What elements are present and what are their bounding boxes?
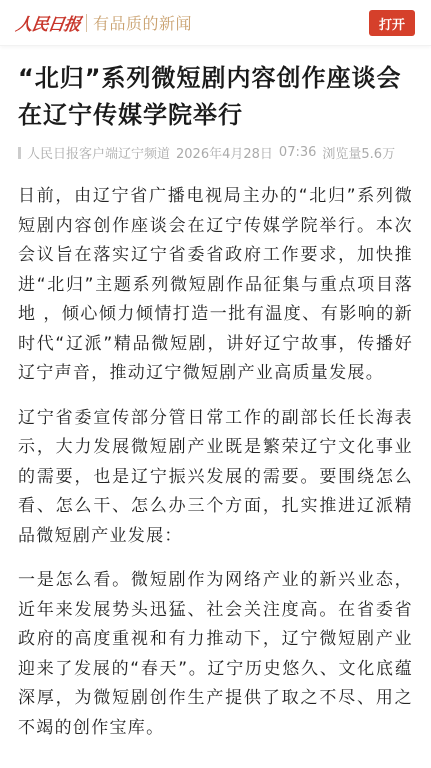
brand-logo[interactable]: 人民日报 有品质的新闻 — [16, 10, 192, 35]
article-paragraph: 一是怎么看。微短剧作为网络产业的新兴业态，近年来发展势头迅猛、社会关注度高。在省… — [18, 566, 413, 743]
top-app-bar: 人民日报 有品质的新闻 打开 — [0, 0, 431, 46]
article-paragraph: 辽宁省委宣传部分管日常工作的副部长任长海表示，大力发展微短剧产业既是繁荣辽宁文化… — [18, 404, 413, 552]
meta-accent-bar — [18, 147, 21, 159]
article-meta: 人民日报客户端辽宁频道 2026年4月28日 07:36 浏览量5.6万 — [18, 143, 413, 162]
peoples-daily-logo: 人民日报 — [14, 10, 82, 35]
article-title: “北归”系列微短剧内容创作座谈会在辽宁传媒学院举行 — [18, 60, 413, 134]
article-paragraph: 日前，由辽宁省广播电视局主办的“北归”系列微短剧内容创作座谈会在辽宁传媒学院举行… — [18, 182, 413, 389]
article-source: 人民日报客户端辽宁频道 — [27, 143, 170, 162]
article-date: 2026年4月28日 — [176, 143, 273, 162]
article-views: 浏览量5.6万 — [322, 143, 395, 162]
article-body: 日前，由辽宁省广播电视局主办的“北归”系列微短剧内容创作座谈会在辽宁传媒学院举行… — [18, 182, 413, 743]
article-time: 07:36 — [279, 145, 316, 160]
article: “北归”系列微短剧内容创作座谈会在辽宁传媒学院举行 人民日报客户端辽宁频道 20… — [0, 46, 431, 743]
open-app-button[interactable]: 打开 — [369, 10, 415, 36]
logo-divider — [86, 14, 87, 32]
brand-slogan: 有品质的新闻 — [93, 11, 192, 34]
